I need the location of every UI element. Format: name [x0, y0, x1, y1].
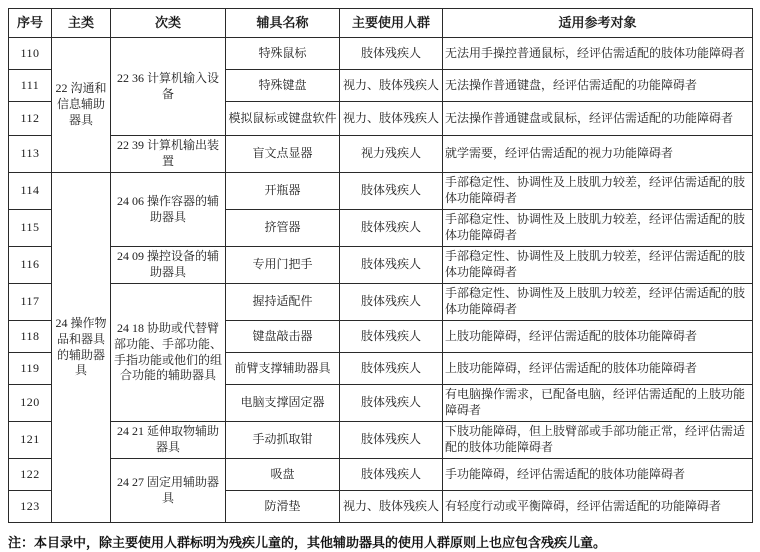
cell-reference: 手功能障碍，经评估需适配的肢体功能障碍者 — [443, 459, 753, 491]
table-row: 113 22 39 计算机输出装置 盲文点显器 视力残疾人 就学需要，经评估需适… — [9, 136, 753, 173]
header-row: 序号 主类 次类 辅具名称 主要使用人群 适用参考对象 — [9, 9, 753, 38]
cell-main-category: 22 沟通和信息辅助器具 — [52, 38, 111, 173]
cell-serial: 122 — [9, 459, 52, 491]
cell-device-name: 握持适配件 — [226, 284, 340, 321]
cell-serial: 123 — [9, 491, 52, 523]
cell-user-group: 视力、肢体残疾人 — [340, 70, 443, 102]
cell-reference: 有轻度行动或平衡障碍，经评估需适配的功能障碍者 — [443, 491, 753, 523]
cell-reference: 就学需要，经评估需适配的视力功能障碍者 — [443, 136, 753, 173]
cell-user-group: 肢体残疾人 — [340, 38, 443, 70]
cell-device-name: 手动抓取钳 — [226, 422, 340, 459]
cell-user-group: 肢体残疾人 — [340, 422, 443, 459]
cell-user-group: 肢体残疾人 — [340, 210, 443, 247]
cell-serial: 113 — [9, 136, 52, 173]
cell-sub-category: 24 27 固定用辅助器具 — [111, 459, 226, 523]
cell-serial: 110 — [9, 38, 52, 70]
col-header-reference: 适用参考对象 — [443, 9, 753, 38]
cell-user-group: 肢体残疾人 — [340, 459, 443, 491]
cell-reference: 无法操作普通键盘，经评估需适配的功能障碍者 — [443, 70, 753, 102]
cell-reference: 手部稳定性、协调性及上肢肌力较差，经评估需适配的肢体功能障碍者 — [443, 173, 753, 210]
cell-user-group: 肢体残疾人 — [340, 353, 443, 385]
cell-reference: 无法用手操控普通鼠标，经评估需适配的肢体功能障碍者 — [443, 38, 753, 70]
cell-sub-category: 24 18 协助或代替臂部功能、手部功能、手指功能或他们的组合功能的辅助器具 — [111, 284, 226, 422]
table-row: 122 24 27 固定用辅助器具 吸盘 肢体残疾人 手功能障碍，经评估需适配的… — [9, 459, 753, 491]
cell-device-name: 挤管器 — [226, 210, 340, 247]
cell-user-group: 肢体残疾人 — [340, 284, 443, 321]
cell-serial: 112 — [9, 102, 52, 136]
table-row: 110 22 沟通和信息辅助器具 22 36 计算机输入设备 特殊鼠标 肢体残疾… — [9, 38, 753, 70]
cell-reference: 无法操作普通键盘或鼠标，经评估需适配的功能障碍者 — [443, 102, 753, 136]
cell-device-name: 防滑垫 — [226, 491, 340, 523]
cell-user-group: 视力、肢体残疾人 — [340, 491, 443, 523]
cell-device-name: 电脑支撑固定器 — [226, 385, 340, 422]
cell-sub-category: 24 09 操控设备的辅助器具 — [111, 247, 226, 284]
cell-user-group: 肢体残疾人 — [340, 321, 443, 353]
cell-reference: 上肢功能障碍，经评估需适配的肢体功能障碍者 — [443, 353, 753, 385]
cell-sub-category: 22 39 计算机输出装置 — [111, 136, 226, 173]
cell-reference: 手部稳定性、协调性及上肢肌力较差，经评估需适配的肢体功能障碍者 — [443, 247, 753, 284]
cell-serial: 115 — [9, 210, 52, 247]
cell-device-name: 专用门把手 — [226, 247, 340, 284]
cell-serial: 121 — [9, 422, 52, 459]
cell-user-group: 肢体残疾人 — [340, 385, 443, 422]
cell-reference: 手部稳定性、协调性及上肢肌力较差，经评估需适配的肢体功能障碍者 — [443, 284, 753, 321]
col-header-user-group: 主要使用人群 — [340, 9, 443, 38]
cell-user-group: 视力残疾人 — [340, 136, 443, 173]
col-header-sub-category: 次类 — [111, 9, 226, 38]
cell-device-name: 吸盘 — [226, 459, 340, 491]
cell-user-group: 肢体残疾人 — [340, 173, 443, 210]
cell-reference: 手部稳定性、协调性及上肢肌力较差，经评估需适配的肢体功能障碍者 — [443, 210, 753, 247]
cell-reference: 下肢功能障碍，但上肢臂部或手部功能正常，经评估需适配的肢体功能障碍者 — [443, 422, 753, 459]
assistive-device-table: 序号 主类 次类 辅具名称 主要使用人群 适用参考对象 110 22 沟通和信息… — [8, 8, 753, 523]
cell-serial: 120 — [9, 385, 52, 422]
cell-serial: 117 — [9, 284, 52, 321]
cell-serial: 118 — [9, 321, 52, 353]
catalog-page: 序号 主类 次类 辅具名称 主要使用人群 适用参考对象 110 22 沟通和信息… — [0, 0, 760, 551]
table-row: 121 24 21 延伸取物辅助器具 手动抓取钳 肢体残疾人 下肢功能障碍，但上… — [9, 422, 753, 459]
cell-reference: 有电脑操作需求，已配备电脑，经评估需适配的上肢功能障碍者 — [443, 385, 753, 422]
cell-device-name: 开瓶器 — [226, 173, 340, 210]
cell-user-group: 视力、肢体残疾人 — [340, 102, 443, 136]
cell-device-name: 特殊鼠标 — [226, 38, 340, 70]
cell-serial: 111 — [9, 70, 52, 102]
cell-serial: 114 — [9, 173, 52, 210]
cell-sub-category: 24 21 延伸取物辅助器具 — [111, 422, 226, 459]
cell-device-name: 盲文点显器 — [226, 136, 340, 173]
col-header-device-name: 辅具名称 — [226, 9, 340, 38]
table-row: 114 24 操作物品和器具的辅助器具 24 06 操作容器的辅助器具 开瓶器 … — [9, 173, 753, 210]
cell-device-name: 键盘敲击器 — [226, 321, 340, 353]
table-row: 117 24 18 协助或代替臂部功能、手部功能、手指功能或他们的组合功能的辅助… — [9, 284, 753, 321]
cell-device-name: 前臂支撑辅助器具 — [226, 353, 340, 385]
cell-device-name: 特殊键盘 — [226, 70, 340, 102]
cell-reference: 上肢功能障碍，经评估需适配的肢体功能障碍者 — [443, 321, 753, 353]
cell-serial: 119 — [9, 353, 52, 385]
cell-sub-category: 22 36 计算机输入设备 — [111, 38, 226, 136]
col-header-serial: 序号 — [9, 9, 52, 38]
footnote: 注：本目录中，除主要使用人群标明为残疾儿童的，其他辅助器具的使用人群原则上也应包… — [8, 532, 752, 551]
cell-user-group: 肢体残疾人 — [340, 247, 443, 284]
table-row: 116 24 09 操控设备的辅助器具 专用门把手 肢体残疾人 手部稳定性、协调… — [9, 247, 753, 284]
cell-serial: 116 — [9, 247, 52, 284]
cell-device-name: 模拟鼠标或键盘软件 — [226, 102, 340, 136]
cell-sub-category: 24 06 操作容器的辅助器具 — [111, 173, 226, 247]
cell-main-category: 24 操作物品和器具的辅助器具 — [52, 173, 111, 523]
col-header-main-category: 主类 — [52, 9, 111, 38]
